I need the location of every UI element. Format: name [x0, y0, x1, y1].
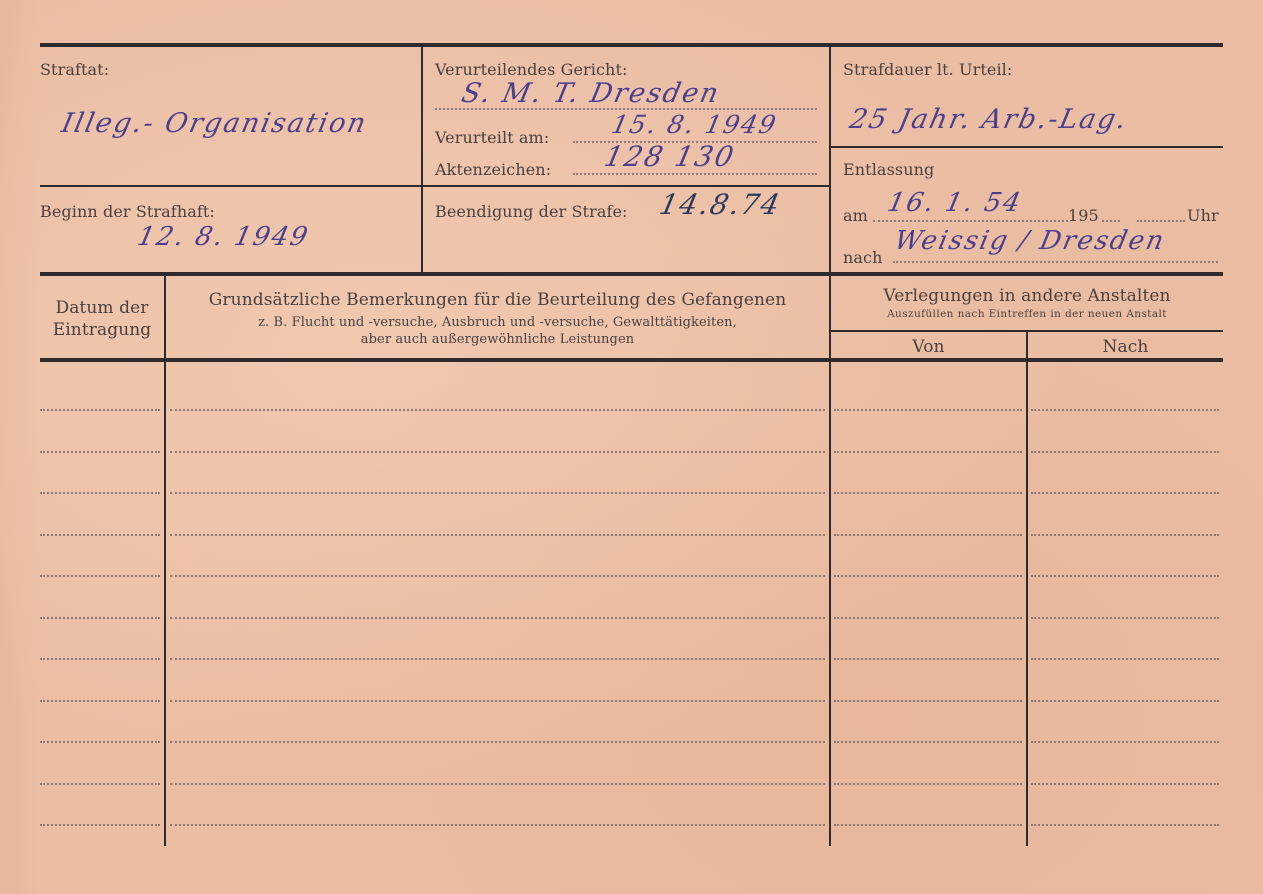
verurteilt-am-label: Verurteilt am:: [435, 128, 549, 147]
col-datum-line2: Eintragung: [40, 320, 164, 340]
divider-left: [421, 46, 423, 274]
col-nach: Nach: [1028, 337, 1223, 357]
beginn-value[interactable]: 12. 8. 1949: [135, 222, 312, 252]
straftat-value[interactable]: Illeg.- Organisation: [59, 108, 371, 139]
row-field-nach[interactable]: [1031, 534, 1219, 536]
verurteilt-am-value[interactable]: 15. 8. 1949: [609, 110, 780, 139]
aktenzeichen-value[interactable]: 128 130: [601, 140, 738, 173]
aktenzeichen-label: Aktenzeichen:: [435, 160, 551, 179]
row-field-von[interactable]: [834, 741, 1022, 743]
row-field-remarks[interactable]: [170, 658, 825, 660]
col-remarks-sub1: z. B. Flucht und -versuche, Ausbruch und…: [166, 315, 829, 330]
entlassung-nach-dotline: [893, 261, 1218, 263]
col-von: Von: [831, 337, 1026, 357]
table-header-rule: [40, 358, 1223, 362]
row-field-nach[interactable]: [1031, 658, 1219, 660]
entlassung-am-label: am: [843, 206, 868, 225]
entlassung-time-dotline: [1137, 220, 1185, 222]
beendigung-label: Beendigung der Strafe:: [435, 202, 628, 221]
row-field-remarks[interactable]: [170, 492, 825, 494]
row-field-nach[interactable]: [1031, 409, 1219, 411]
row-field-von[interactable]: [834, 534, 1022, 536]
beendigung-value[interactable]: 14.8.74: [656, 188, 784, 221]
entlassung-uhr-label: Uhr: [1187, 206, 1219, 225]
strafdauer-value[interactable]: 25 Jahr. Arb.-Lag.: [847, 104, 1131, 135]
row-field-nach[interactable]: [1031, 700, 1219, 702]
row-field-von[interactable]: [834, 700, 1022, 702]
row-field-von[interactable]: [834, 575, 1022, 577]
row-field-nach[interactable]: [1031, 575, 1219, 577]
entlassung-nach-label: nach: [843, 248, 883, 267]
top-rule: [40, 43, 1223, 47]
col-remarks-title: Grundsätzliche Bemerkungen für die Beurt…: [166, 290, 829, 310]
col-remarks-sub2: aber auch außergewöhnliche Leistungen: [166, 332, 829, 347]
row-field-remarks[interactable]: [170, 409, 825, 411]
row-field-von[interactable]: [834, 617, 1022, 619]
row-field-datum[interactable]: [40, 575, 160, 577]
entlassung-am-dotline: [873, 220, 1068, 222]
row-field-nach[interactable]: [1031, 783, 1219, 785]
section-rule: [40, 272, 1223, 276]
row-field-remarks[interactable]: [170, 617, 825, 619]
row-divider-left: [40, 185, 830, 187]
aktenzeichen-dotline: [573, 173, 817, 175]
row-field-datum[interactable]: [40, 700, 160, 702]
row-field-nach[interactable]: [1031, 824, 1219, 826]
row-field-von[interactable]: [834, 824, 1022, 826]
row-field-datum[interactable]: [40, 658, 160, 660]
row-field-remarks[interactable]: [170, 575, 825, 577]
row-field-datum[interactable]: [40, 824, 160, 826]
row-field-remarks[interactable]: [170, 824, 825, 826]
gericht-value[interactable]: S. M. T. Dresden: [459, 78, 723, 109]
col-transfer-title: Verlegungen in andere Anstalten: [831, 286, 1223, 306]
row-field-von[interactable]: [834, 409, 1022, 411]
strafdauer-label: Strafdauer lt. Urteil:: [843, 60, 1012, 79]
row-field-datum[interactable]: [40, 617, 160, 619]
entlassung-year-prefix: 195: [1068, 206, 1099, 225]
entlassung-nach-value[interactable]: Weissig / Dresden: [892, 226, 1168, 256]
row-field-remarks[interactable]: [170, 783, 825, 785]
row-field-remarks[interactable]: [170, 534, 825, 536]
col-datum-line1: Datum der: [40, 298, 164, 318]
divider-right: [829, 46, 831, 274]
row-field-nach[interactable]: [1031, 451, 1219, 453]
row-field-von[interactable]: [834, 492, 1022, 494]
row-field-nach[interactable]: [1031, 741, 1219, 743]
row-field-datum[interactable]: [40, 783, 160, 785]
gericht-label: Verurteilendes Gericht:: [435, 60, 627, 79]
row-field-nach[interactable]: [1031, 617, 1219, 619]
beginn-label: Beginn der Strafhaft:: [40, 202, 215, 221]
row-field-von[interactable]: [834, 783, 1022, 785]
col-transfer-sub: Auszufüllen nach Eintreffen in der neuen…: [831, 308, 1223, 320]
row-field-datum[interactable]: [40, 492, 160, 494]
entlassung-label: Entlassung: [843, 160, 934, 179]
entlassung-year-dotline: [1102, 220, 1120, 222]
straftat-label: Straftat:: [40, 60, 109, 79]
entlassung-am-value[interactable]: 16. 1. 54: [885, 188, 1025, 218]
row-divider-right: [831, 146, 1223, 148]
row-field-von[interactable]: [834, 451, 1022, 453]
row-field-nach[interactable]: [1031, 492, 1219, 494]
transfer-sub-rule: [831, 330, 1223, 332]
row-field-datum[interactable]: [40, 451, 160, 453]
row-field-datum[interactable]: [40, 741, 160, 743]
row-field-von[interactable]: [834, 658, 1022, 660]
row-field-remarks[interactable]: [170, 451, 825, 453]
row-field-datum[interactable]: [40, 409, 160, 411]
row-field-remarks[interactable]: [170, 700, 825, 702]
row-field-remarks[interactable]: [170, 741, 825, 743]
row-field-datum[interactable]: [40, 534, 160, 536]
table-col-divider-3: [1026, 332, 1028, 846]
